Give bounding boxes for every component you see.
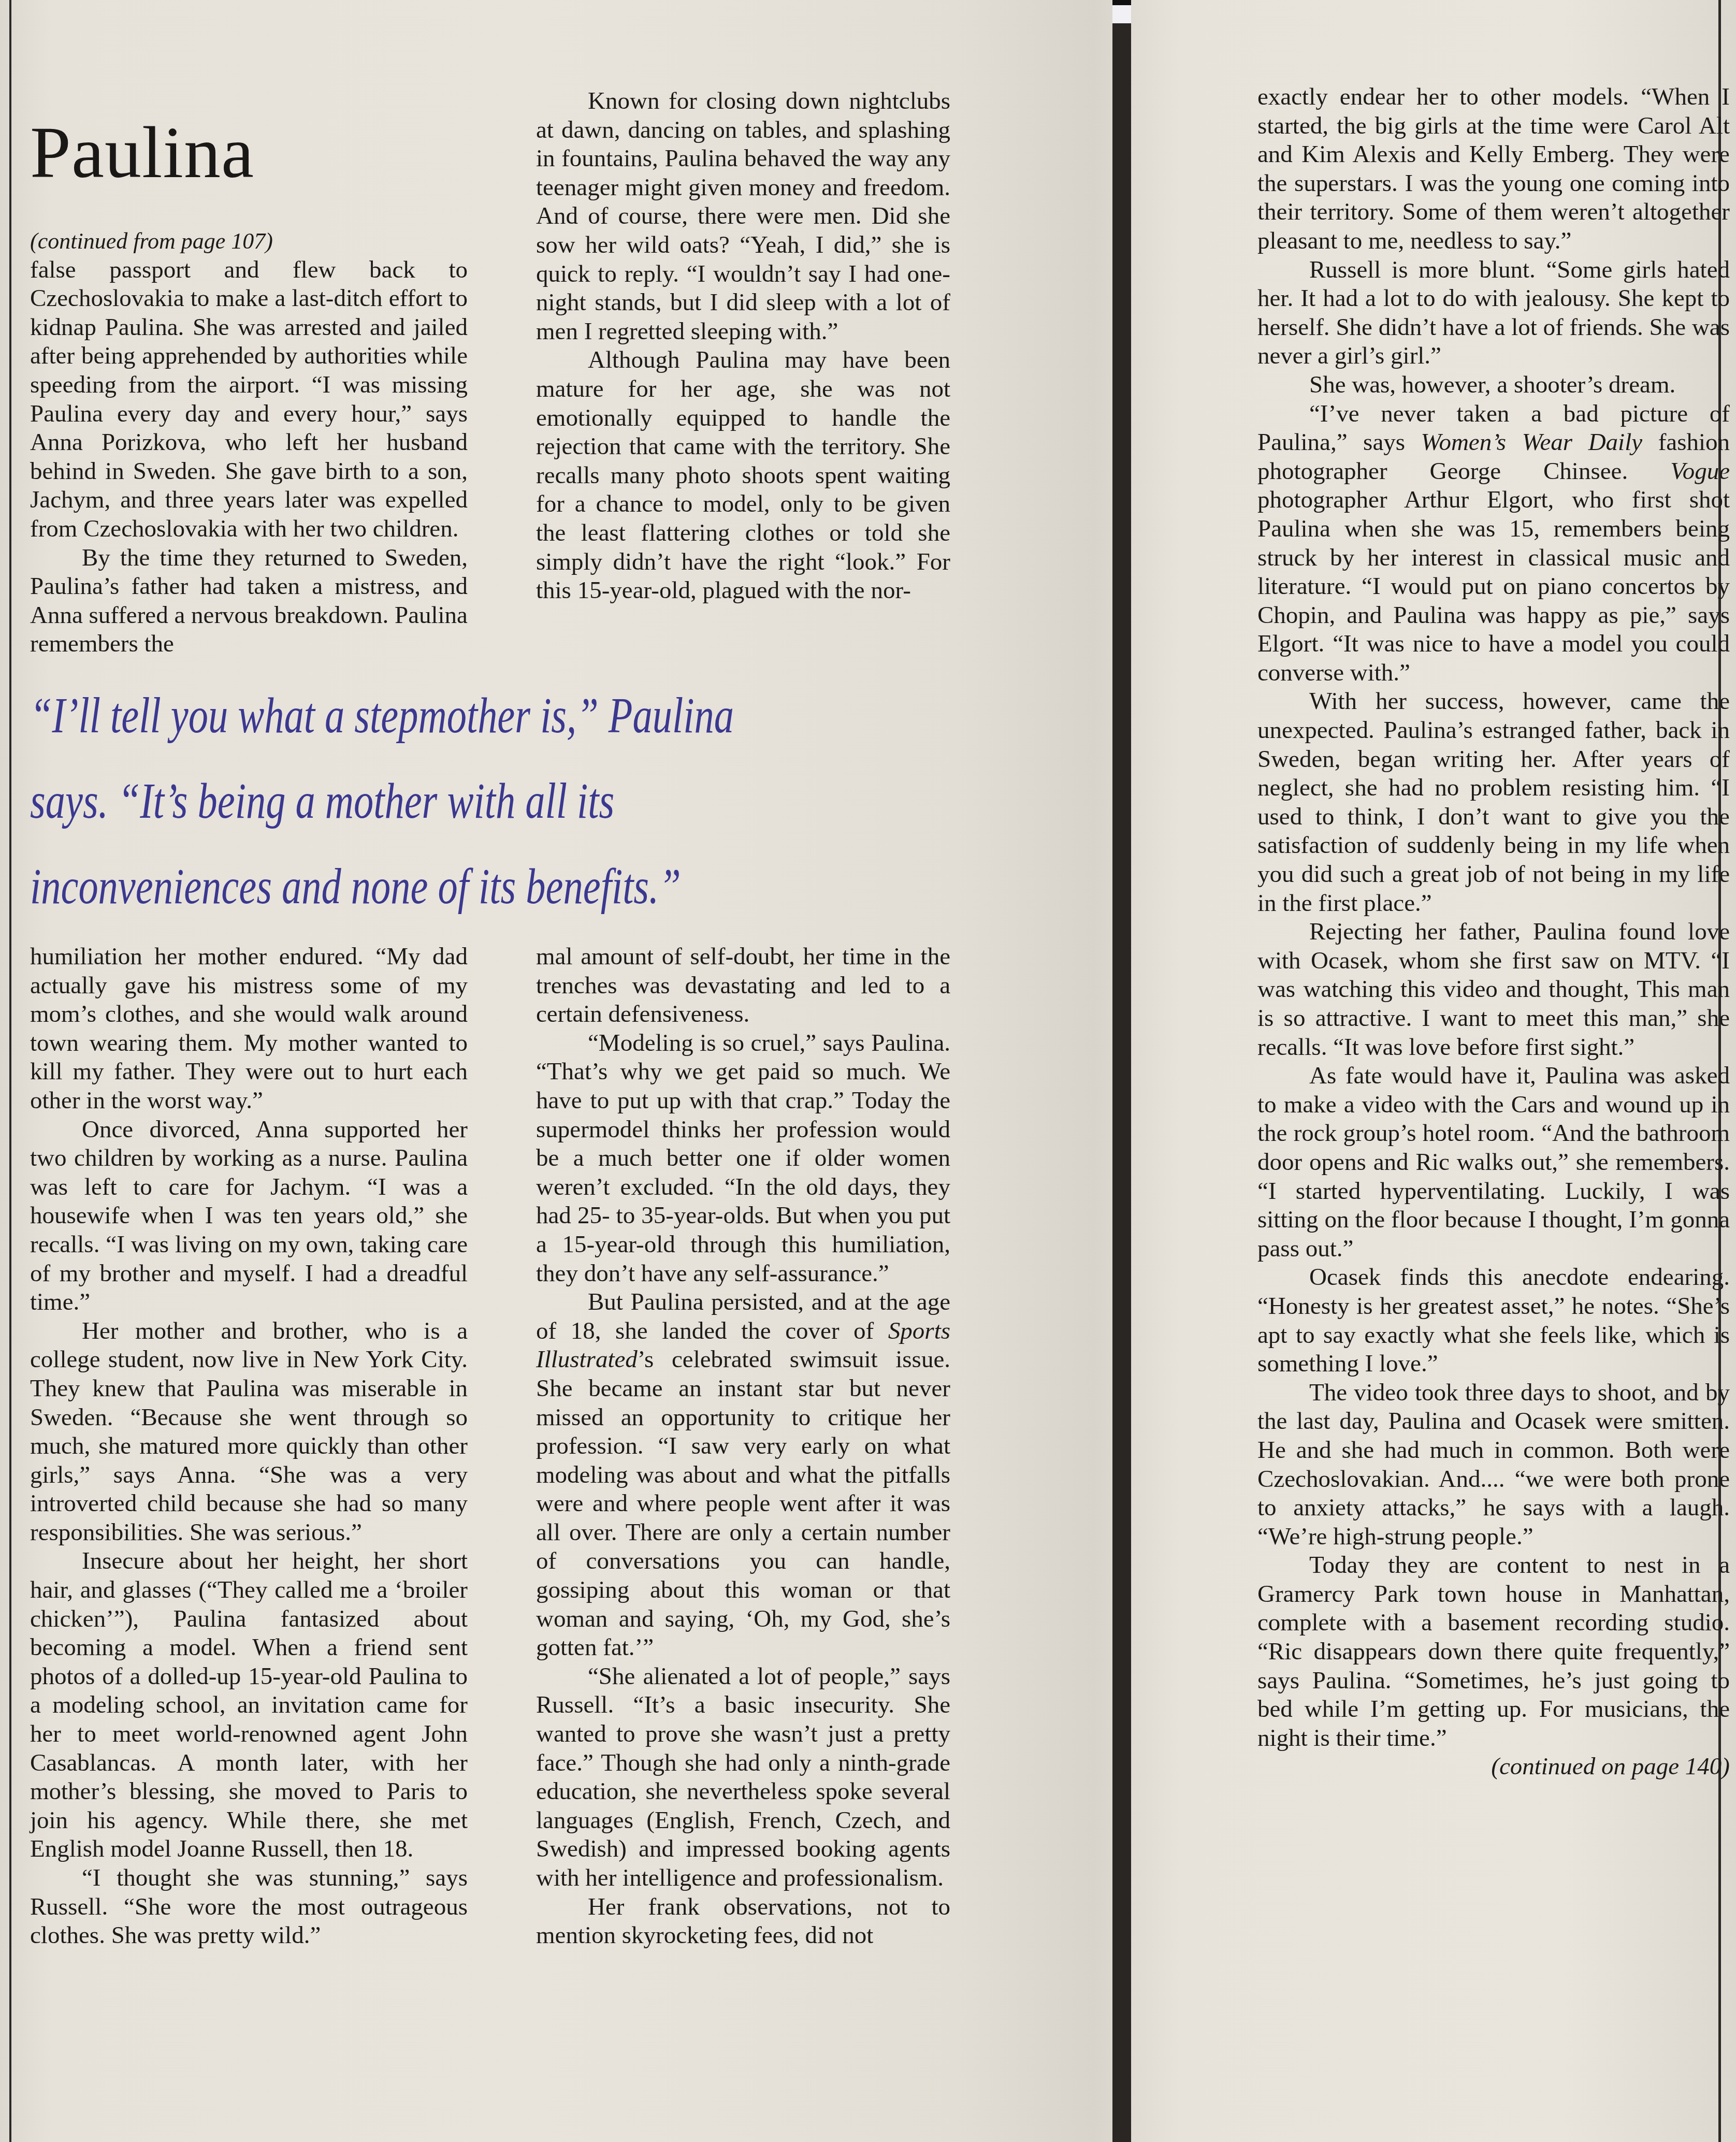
paragraph: “Modeling is so cruel,” says Paulina. “T… xyxy=(536,1029,950,1288)
paragraph: The video took three days to shoot, and … xyxy=(1257,1379,1730,1552)
paragraph: She was, however, a shooter’s dream. xyxy=(1257,371,1730,400)
paragraph: With her success, however, came the unex… xyxy=(1257,687,1730,918)
paragraph: Her mother and brother, who is a college… xyxy=(30,1317,468,1547)
binding-spine xyxy=(1112,23,1131,2142)
paragraph: Although Paulina may have been mature fo… xyxy=(536,346,950,605)
text-run: photographer Arthur Elgort, who first sh… xyxy=(1257,486,1730,686)
column-3: exactly endear her to other models. “Whe… xyxy=(1257,83,1730,1782)
paragraph: Rejecting her father, Paulina found love… xyxy=(1257,918,1730,1062)
text-run: ’s celebrated swimsuit issue. She became… xyxy=(536,1346,950,1661)
pull-quote-line: says. “It’s being a mother with all its xyxy=(30,759,777,844)
paragraph: But Paulina persisted, and at the age of… xyxy=(536,1288,950,1662)
article-title: Paulina xyxy=(30,115,254,189)
pull-quote: “I’ll tell you what a stepmother is,” Pa… xyxy=(30,673,777,930)
binding-spine-notch xyxy=(1112,5,1131,23)
paragraph: By the time they returned to Sweden, Pau… xyxy=(30,544,468,659)
paragraph: Insecure about her height, her short hai… xyxy=(30,1547,468,1864)
pull-quote-line: inconveniences and none of its benefits.… xyxy=(30,844,777,930)
column-1-bottom: humiliation her mother endured. “My dad … xyxy=(30,943,468,1950)
column-2-bottom: mal amount of self-doubt, her time in th… xyxy=(536,943,950,1950)
publication-name: Vogue xyxy=(1670,458,1730,485)
paragraph: “I’ve never taken a bad picture of Pauli… xyxy=(1257,400,1730,688)
publication-name: Women’s Wear Daily xyxy=(1421,429,1643,456)
continued-from-note: (continued from page 107) xyxy=(30,227,468,256)
binding-spine-top xyxy=(1112,0,1131,5)
column-2-top: Known for closing down nightclubs at daw… xyxy=(536,87,950,605)
paragraph: Russell is more blunt. “Some girls hated… xyxy=(1257,256,1730,371)
paragraph: humiliation her mother endured. “My dad … xyxy=(30,943,468,1116)
paragraph: “She alienated a lot of people,” says Ru… xyxy=(536,1662,950,1893)
pull-quote-line: “I’ll tell you what a stepmother is,” Pa… xyxy=(30,673,777,759)
paragraph: exactly endear her to other models. “Whe… xyxy=(1257,83,1730,256)
paragraph: “I thought she was stunning,” says Russe… xyxy=(30,1864,468,1950)
paragraph: Her frank observations, not to mention s… xyxy=(536,1893,950,1950)
text-run: Today they are content to nest in a Gram… xyxy=(1257,1552,1730,1752)
page-border-left xyxy=(9,0,11,2142)
paragraph: Once divorced, Anna supported her two ch… xyxy=(30,1116,468,1317)
paragraph: Today they are content to nest in a Gram… xyxy=(1257,1551,1730,1753)
column-1-top: (continued from page 107) false passport… xyxy=(30,227,468,659)
continued-on-note[interactable]: (continued on page 140) xyxy=(1439,1753,1730,1782)
paragraph: false passport and flew back to Czechosl… xyxy=(30,256,468,544)
paragraph: Known for closing down nightclubs at daw… xyxy=(536,87,950,346)
paragraph: Ocasek finds this anecdote endearing. “H… xyxy=(1257,1263,1730,1378)
paragraph: As fate would have it, Paulina was asked… xyxy=(1257,1062,1730,1263)
paragraph: mal amount of self-doubt, her time in th… xyxy=(536,943,950,1029)
